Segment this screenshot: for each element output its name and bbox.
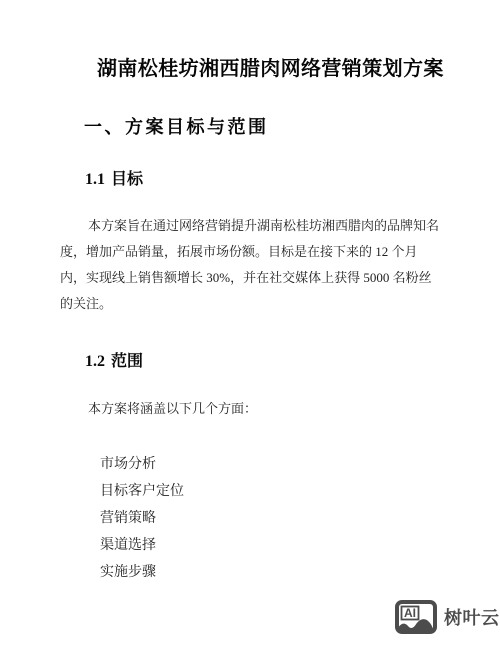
- scope-intro-paragraph: 本方案将涵盖以下几个方面：: [60, 396, 440, 422]
- subsection-number: 1.2: [85, 353, 105, 370]
- scope-list-item: 市场分析: [100, 451, 184, 478]
- subsection-label: 范围: [111, 353, 143, 370]
- subsection-heading-goal: 1.1目标: [85, 170, 143, 189]
- document-page: 湖南松桂坊湘西腊肉网络营销策划方案 一、方案目标与范围 1.1目标 本方案旨在通…: [0, 0, 500, 647]
- scope-list: 市场分析 目标客户定位 营销策略 渠道选择 实施步骤: [100, 451, 184, 586]
- scope-list-item: 实施步骤: [100, 559, 184, 586]
- ai-icon-label: AI: [404, 606, 416, 620]
- scope-list-item: 目标客户定位: [100, 478, 184, 505]
- subsection-number: 1.1: [85, 171, 105, 188]
- ai-image-logo-icon: AI: [395, 600, 437, 634]
- watermark-brand-text: 树叶云: [444, 604, 500, 630]
- scope-list-item: 营销策略: [100, 505, 184, 532]
- scope-list-item: 渠道选择: [100, 532, 184, 559]
- goal-paragraph: 本方案旨在通过网络营销提升湖南松桂坊湘西腊肉的品牌知名度，增加产品销量，拓展市场…: [60, 213, 440, 317]
- watermark: AI 树叶云: [395, 600, 500, 634]
- subsection-label: 目标: [111, 171, 143, 188]
- document-title: 湖南松桂坊湘西腊肉网络营销策划方案: [97, 57, 444, 82]
- section-heading: 一、方案目标与范围: [84, 116, 269, 139]
- subsection-heading-scope: 1.2范围: [85, 352, 143, 371]
